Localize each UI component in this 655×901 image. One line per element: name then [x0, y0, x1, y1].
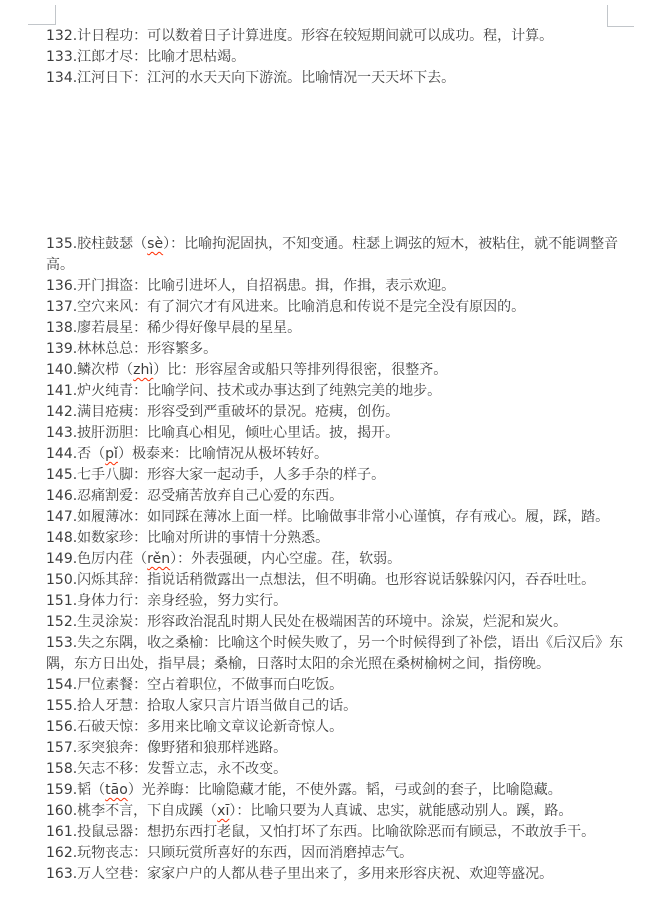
- entry-number: 151.: [46, 593, 77, 609]
- entry-text: 江郎才尽：比喻才思枯竭。: [77, 49, 245, 65]
- entry-number: 135.: [46, 236, 77, 252]
- entry-text: 投鼠忌器：想扔东西打老鼠，又怕打坏了东西。比喻欲除恶而有顾忌，不敢放手干。: [77, 824, 595, 840]
- idiom-entry: 146.忍痛割爱：忍受痛苦放弃自己心爱的东西。: [46, 486, 644, 507]
- pinyin-misspelled: rěn: [147, 551, 170, 567]
- entry-number: 148.: [46, 530, 77, 546]
- idiom-entry: 140.鳞次栉（zhì）比：形容屋舍或船只等排列得很密，很整齐。: [46, 360, 644, 381]
- entry-text: 韬（: [77, 782, 105, 798]
- entry-text: 玩物丧志：只顾玩赏所喜好的东西，因而消磨掉志气。: [77, 845, 413, 861]
- pinyin-misspelled: tāo: [105, 782, 128, 798]
- idiom-entry: 144.否（pǐ）极泰来：比喻情况从极坏转好。: [46, 444, 644, 465]
- entry-text: 江河日下：江河的水天天向下游流。比喻情况一天天坏下去。: [77, 70, 455, 86]
- entry-number: 142.: [46, 404, 77, 420]
- entry-text: 七手八脚：形容大家一起动手，人多手杂的样子。: [77, 467, 385, 483]
- idiom-entry: 145.七手八脚：形容大家一起动手，人多手杂的样子。: [46, 465, 644, 486]
- entry-number: 156.: [46, 719, 77, 735]
- idiom-entry: 149.色厉内荏（rěn）：外表强硬，内心空虚。荏，软弱。: [46, 549, 644, 570]
- entry-text: 炉火纯青：比喻学问、技术或办事达到了纯熟完美的地步。: [77, 383, 441, 399]
- entry-text: 林林总总：形容繁多。: [77, 341, 217, 357]
- idiom-entry: 155.拾人牙慧：拾取人家只言片语当做自己的话。: [46, 696, 644, 717]
- idiom-entry: 157.豕突狼奔：像野猪和狼那样逃路。: [46, 738, 644, 759]
- idiom-entry: 132.计日程功：可以数着日子计算进度。形容在较短期间就可以成功。程，计算。: [46, 26, 644, 47]
- entry-text: ）比：形容屋舍或船只等排列得很密，很整齐。: [153, 362, 447, 378]
- entry-number: 136.: [46, 278, 77, 294]
- idiom-entry: 158.矢志不移：发誓立志，永不改变。: [46, 759, 644, 780]
- entry-text: 桃李不言，下自成蹊（: [77, 803, 217, 819]
- idiom-entry: 160.桃李不言，下自成蹊（xī）：比喻只要为人真诚、忠实，就能感动别人。蹊，路…: [46, 801, 644, 822]
- crop-mark-top-right: [607, 5, 634, 27]
- entry-number: 134.: [46, 70, 77, 86]
- entry-text: 忍痛割爱：忍受痛苦放弃自己心爱的东西。: [77, 488, 343, 504]
- entry-number: 157.: [46, 740, 77, 756]
- entry-number: 147.: [46, 509, 77, 525]
- idiom-entry: 148.如数家珍：比喻对所讲的事情十分熟悉。: [46, 528, 644, 549]
- entry-text: 空穴来风：有了洞穴才有风进来。比喻消息和传说不是完全没有原因的。: [77, 299, 525, 315]
- entry-text: ）光养晦：比喻隐藏才能，不使外露。韬，弓或剑的套子，比喻隐藏。: [128, 782, 562, 798]
- entry-text: ）：比喻只要为人真诚、忠实，就能感动别人。蹊，路。: [229, 803, 572, 819]
- entry-text: ）极泰来：比喻情况从极坏转好。: [118, 446, 328, 462]
- entry-number: 132.: [46, 28, 77, 44]
- idiom-entry: 138.廖若晨星：稀少得好像早晨的星星。: [46, 318, 644, 339]
- entry-number: 146.: [46, 488, 77, 504]
- entry-number: 140.: [46, 362, 77, 378]
- idiom-group-1: 132.计日程功：可以数着日子计算进度。形容在较短期间就可以成功。程，计算。13…: [46, 26, 644, 89]
- pinyin-misspelled: sè: [147, 236, 163, 252]
- entry-text: 如履薄冰：如同踩在薄冰上面一样。比喻做事非常小心谨慎，存有戒心。履，踩，踏。: [77, 509, 609, 525]
- entry-number: 153.: [46, 635, 77, 651]
- entry-text: 胶柱鼓瑟（: [77, 236, 147, 252]
- idiom-group-2: 135.胶柱鼓瑟（sè）：比喻拘泥固执，不知变通。柱瑟上调弦的短木，被粘住，就不…: [46, 234, 644, 885]
- idiom-entry: 134.江河日下：江河的水天天向下游流。比喻情况一天天坏下去。: [46, 68, 644, 89]
- idiom-entry: 139.林林总总：形容繁多。: [46, 339, 644, 360]
- crop-mark-top-left: [28, 5, 56, 25]
- entry-number: 158.: [46, 761, 77, 777]
- entry-number: 149.: [46, 551, 77, 567]
- entry-number: 159.: [46, 782, 77, 798]
- idiom-entry: 133.江郎才尽：比喻才思枯竭。: [46, 47, 644, 68]
- document-body: 132.计日程功：可以数着日子计算进度。形容在较短期间就可以成功。程，计算。13…: [46, 26, 644, 885]
- idiom-entry: 163.万人空巷：家家户户的人都从巷子里出来了，多用来形容庆祝、欢迎等盛况。: [46, 864, 644, 885]
- entry-number: 152.: [46, 614, 77, 630]
- entry-text: 鳞次栉（: [77, 362, 133, 378]
- entry-number: 163.: [46, 866, 77, 882]
- entry-number: 161.: [46, 824, 77, 840]
- entry-number: 155.: [46, 698, 77, 714]
- entry-text: 开门揖盗：比喻引进坏人，自招祸患。揖，作揖，表示欢迎。: [77, 278, 455, 294]
- entry-number: 139.: [46, 341, 77, 357]
- idiom-entry: 161.投鼠忌器：想扔东西打老鼠，又怕打坏了东西。比喻欲除恶而有顾忌，不敢放手干…: [46, 822, 644, 843]
- entry-number: 143.: [46, 425, 77, 441]
- pinyin-misspelled: zhì: [133, 362, 153, 378]
- entry-text: 失之东隅，收之桑榆：比喻这个时候失败了，另一个时候得到了补偿，语出《后汉后》东隅…: [46, 635, 623, 672]
- pinyin-misspelled: xī: [217, 803, 229, 819]
- entry-number: 160.: [46, 803, 77, 819]
- entry-number: 154.: [46, 677, 77, 693]
- idiom-entry: 142.满目疮痍：形容受到严重破坏的景况。疮痍，创伤。: [46, 402, 644, 423]
- entry-text: 否（: [77, 446, 105, 462]
- entry-text: 计日程功：可以数着日子计算进度。形容在较短期间就可以成功。程，计算。: [77, 28, 553, 44]
- entry-text: 满目疮痍：形容受到严重破坏的景况。疮痍，创伤。: [77, 404, 399, 420]
- entry-number: 144.: [46, 446, 77, 462]
- entry-text: 色厉内荏（: [77, 551, 147, 567]
- entry-text: 生灵涂炭：形容政治混乱时期人民处在极端困苦的环境中。涂炭，烂泥和炭火。: [77, 614, 567, 630]
- pinyin-misspelled: pǐ: [105, 446, 118, 462]
- idiom-entry: 141.炉火纯青：比喻学问、技术或办事达到了纯熟完美的地步。: [46, 381, 644, 402]
- idiom-entry: 147.如履薄冰：如同踩在薄冰上面一样。比喻做事非常小心谨慎，存有戒心。履，踩，…: [46, 507, 644, 528]
- entry-text: 拾人牙慧：拾取人家只言片语当做自己的话。: [77, 698, 357, 714]
- idiom-entry: 150.闪烁其辞：指说话稍微露出一点想法，但不明确。也形容说话躲躲闪闪，吞吞吐吐…: [46, 570, 644, 591]
- entry-text: 矢志不移：发誓立志，永不改变。: [77, 761, 287, 777]
- entry-number: 162.: [46, 845, 77, 861]
- idiom-entry: 143.披肝沥胆：比喻真心相见，倾吐心里话。披，揭开。: [46, 423, 644, 444]
- entry-text: 披肝沥胆：比喻真心相见，倾吐心里话。披，揭开。: [77, 425, 399, 441]
- idiom-entry: 152.生灵涂炭：形容政治混乱时期人民处在极端困苦的环境中。涂炭，烂泥和炭火。: [46, 612, 644, 633]
- entry-text: 廖若晨星：稀少得好像早晨的星星。: [77, 320, 301, 336]
- entry-text: ）：外表强硬，内心空虚。荏，软弱。: [170, 551, 401, 567]
- idiom-entry: 156.石破天惊：多用来比喻文章议论新奇惊人。: [46, 717, 644, 738]
- entry-text: 石破天惊：多用来比喻文章议论新奇惊人。: [77, 719, 343, 735]
- document-page: 132.计日程功：可以数着日子计算进度。形容在较短期间就可以成功。程，计算。13…: [0, 0, 655, 901]
- entry-text: 尸位素餐：空占着职位，不做事而白吃饭。: [77, 677, 343, 693]
- idiom-entry: 151.身体力行：亲身经验，努力实行。: [46, 591, 644, 612]
- entry-text: 如数家珍：比喻对所讲的事情十分熟悉。: [77, 530, 329, 546]
- idiom-entry: 162.玩物丧志：只顾玩赏所喜好的东西，因而消磨掉志气。: [46, 843, 644, 864]
- entry-number: 141.: [46, 383, 77, 399]
- entry-text: 豕突狼奔：像野猪和狼那样逃路。: [77, 740, 287, 756]
- idiom-entry: 135.胶柱鼓瑟（sè）：比喻拘泥固执，不知变通。柱瑟上调弦的短木，被粘住，就不…: [46, 234, 644, 276]
- entry-number: 145.: [46, 467, 77, 483]
- idiom-entry: 154.尸位素餐：空占着职位，不做事而白吃饭。: [46, 675, 644, 696]
- entry-text: 身体力行：亲身经验，努力实行。: [77, 593, 287, 609]
- entry-text: 万人空巷：家家户户的人都从巷子里出来了，多用来形容庆祝、欢迎等盛况。: [77, 866, 553, 882]
- idiom-entry: 136.开门揖盗：比喻引进坏人，自招祸患。揖，作揖，表示欢迎。: [46, 276, 644, 297]
- idiom-entry: 153.失之东隅，收之桑榆：比喻这个时候失败了，另一个时候得到了补偿，语出《后汉…: [46, 633, 644, 675]
- paragraph-gap: [46, 89, 644, 234]
- entry-number: 138.: [46, 320, 77, 336]
- idiom-entry: 137.空穴来风：有了洞穴才有风进来。比喻消息和传说不是完全没有原因的。: [46, 297, 644, 318]
- idiom-entry: 159.韬（tāo）光养晦：比喻隐藏才能，不使外露。韬，弓或剑的套子，比喻隐藏。: [46, 780, 644, 801]
- entry-number: 150.: [46, 572, 77, 588]
- entry-number: 133.: [46, 49, 77, 65]
- entry-text: 闪烁其辞：指说话稍微露出一点想法，但不明确。也形容说话躲躲闪闪，吞吞吐吐。: [77, 572, 595, 588]
- entry-number: 137.: [46, 299, 77, 315]
